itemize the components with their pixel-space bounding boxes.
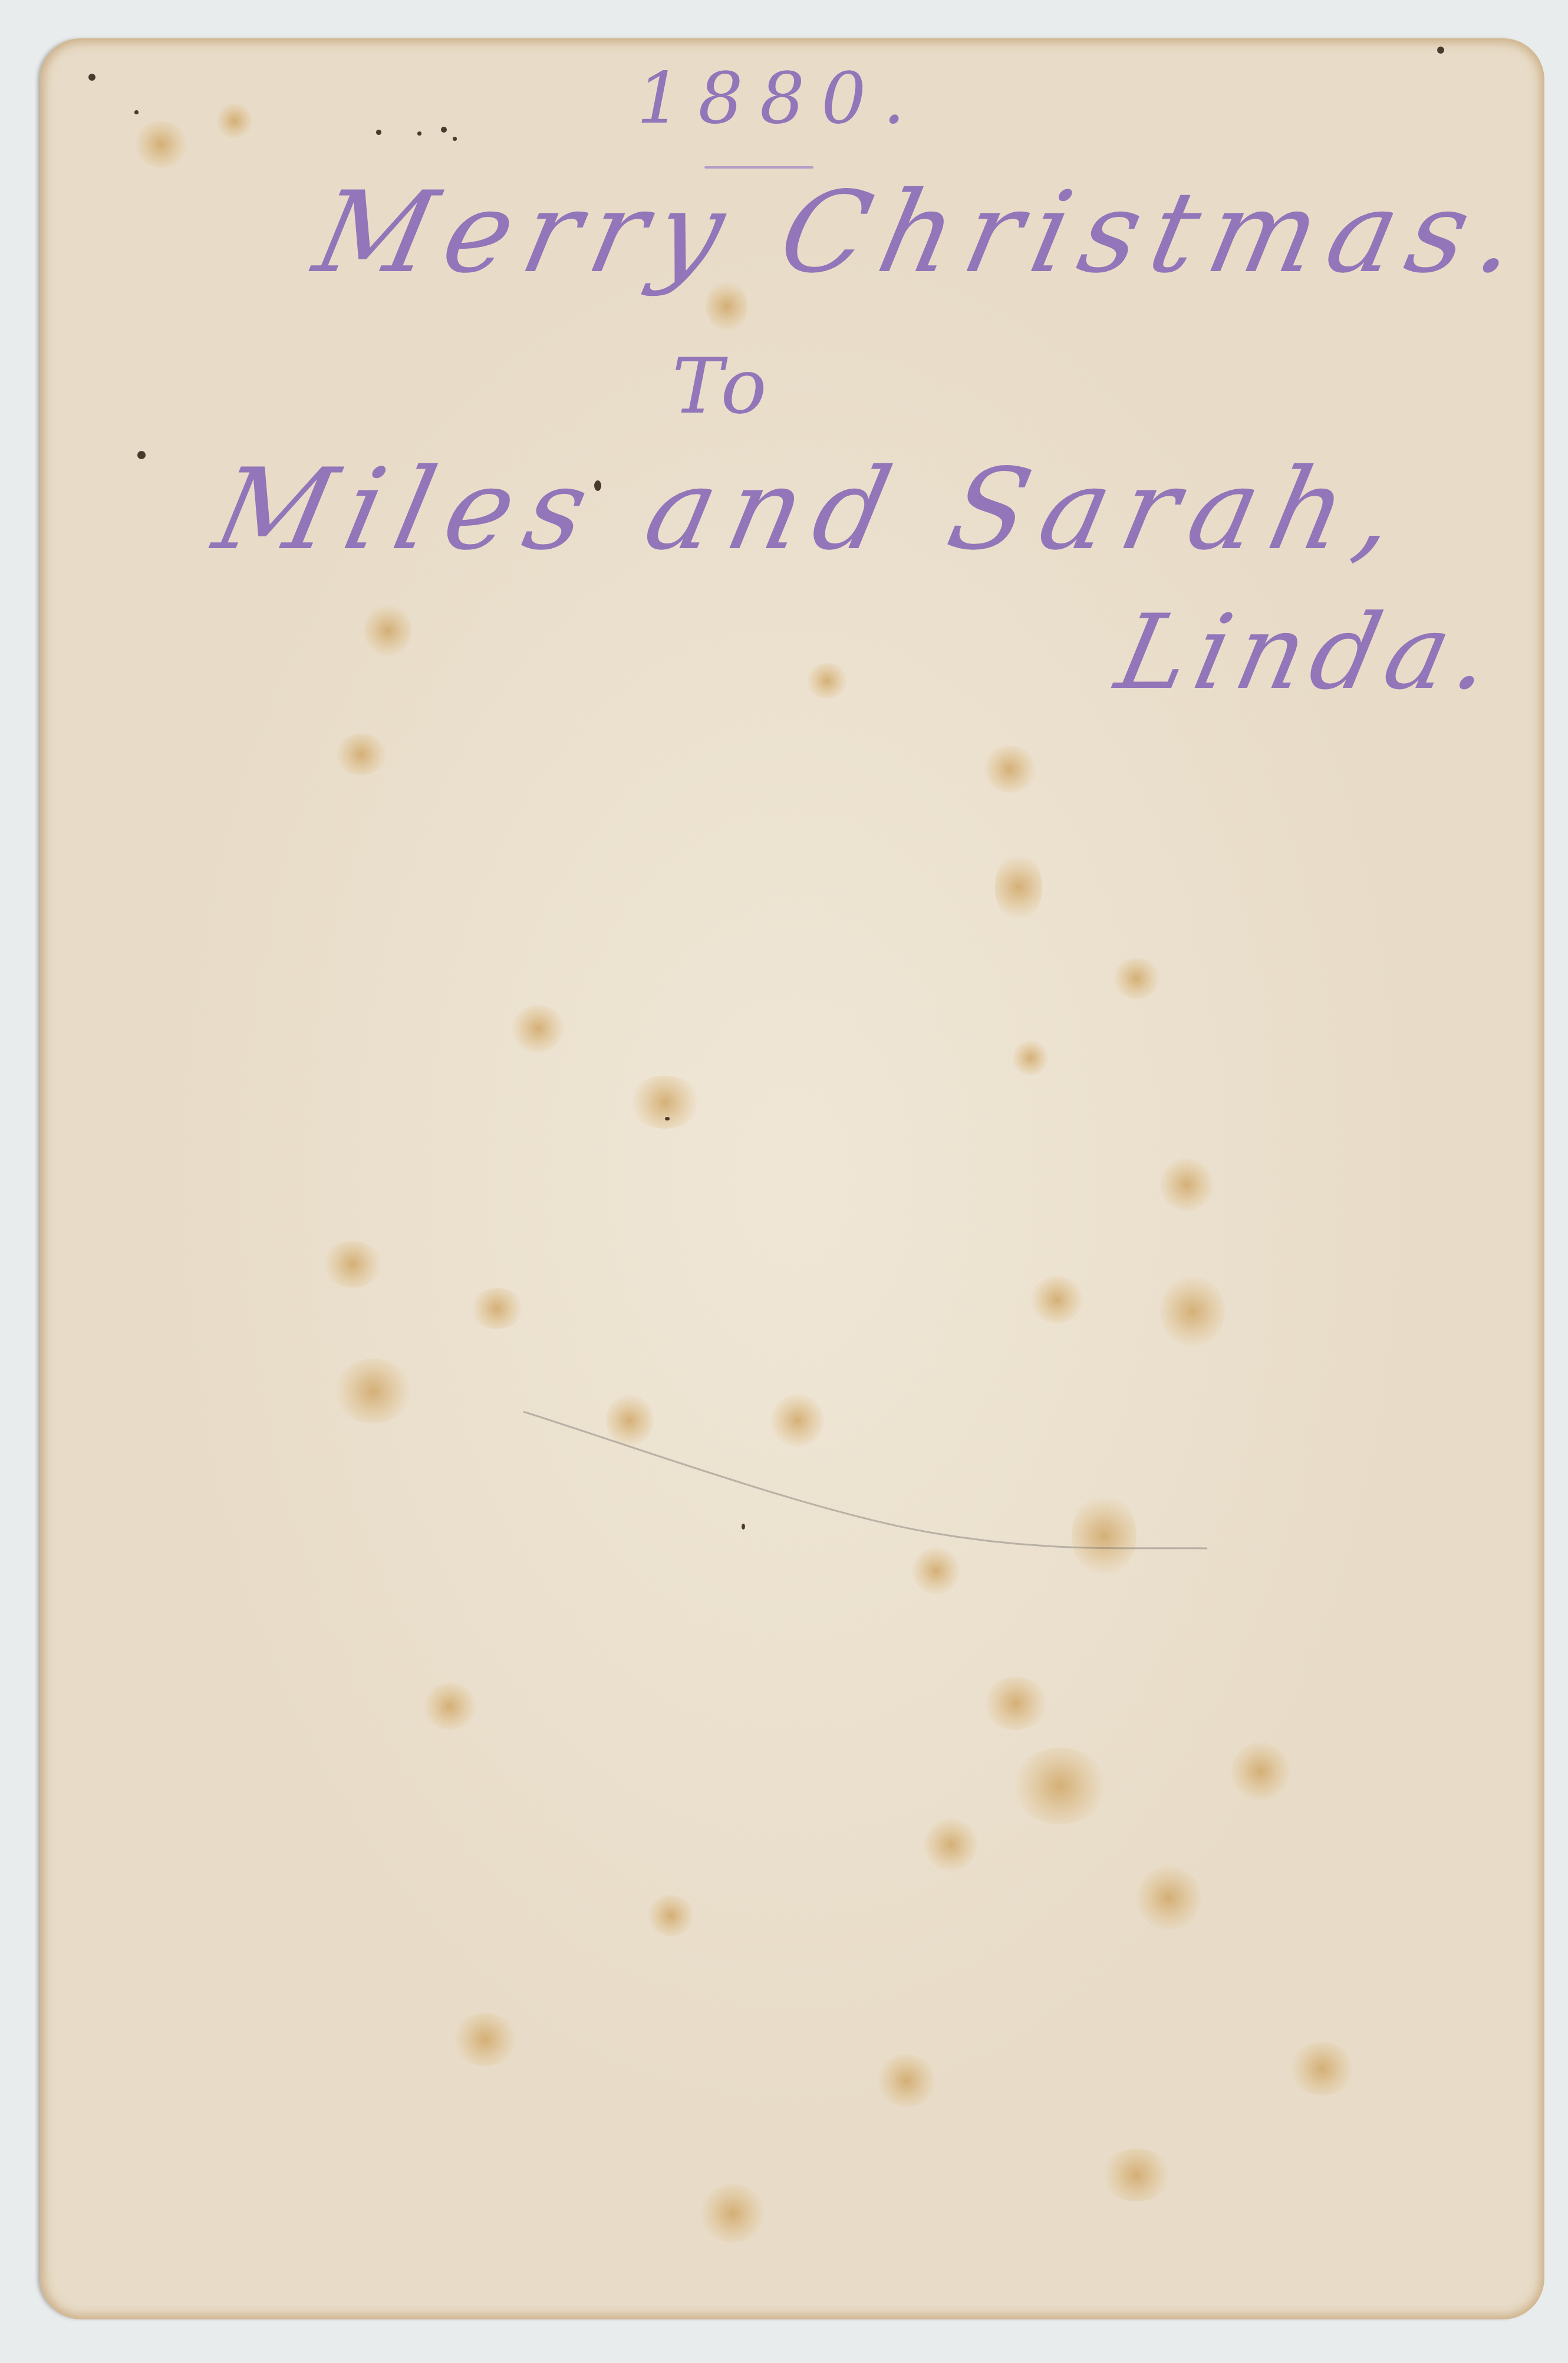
foxing-spot xyxy=(323,1241,382,1288)
foxing-spot xyxy=(1113,958,1160,999)
foxing-spot xyxy=(1160,1158,1213,1211)
handwritten-year: 1880. xyxy=(637,64,922,134)
foxing-spot xyxy=(877,2054,936,2107)
ink-speck xyxy=(137,451,146,459)
foxing-spot xyxy=(423,1683,476,1730)
foxing-spot xyxy=(700,2184,765,2243)
foxing-spot xyxy=(630,1076,700,1129)
handwritten-to: To xyxy=(672,348,770,424)
ink-speck xyxy=(441,127,447,133)
foxing-spot xyxy=(1030,1276,1083,1323)
ink-speck xyxy=(742,1524,745,1530)
foxing-spot xyxy=(1137,1866,1201,1930)
foxing-spot xyxy=(134,121,187,168)
foxing-spot xyxy=(983,746,1036,793)
foxing-spot xyxy=(1013,1040,1048,1076)
foxing-spot xyxy=(335,1359,411,1423)
foxing-spot xyxy=(924,1818,977,1871)
ink-speck xyxy=(665,1117,670,1120)
ink-speck xyxy=(453,137,457,141)
foxing-spot xyxy=(1013,1748,1107,1824)
foxing-spot xyxy=(995,852,1042,922)
foxing-spot xyxy=(1101,2148,1172,2201)
foxing-spot xyxy=(1160,1276,1225,1347)
foxing-spot xyxy=(512,1005,565,1052)
foxing-spot xyxy=(453,2013,518,2066)
handwritten-greeting: Merry Christmas. xyxy=(307,177,1540,289)
foxing-spot xyxy=(913,1547,960,1594)
ink-speck xyxy=(1437,47,1444,54)
card-back xyxy=(40,38,1544,2319)
foxing-spot xyxy=(364,604,411,657)
foxing-spot xyxy=(1072,1494,1137,1577)
pencil-mark xyxy=(518,1394,1213,1559)
handwritten-signature: Linda. xyxy=(1109,601,1508,704)
foxing-spot xyxy=(217,103,252,139)
ink-speck xyxy=(134,110,139,114)
foxing-spot xyxy=(771,1394,824,1447)
ink-speck xyxy=(88,74,95,81)
handwritten-recipients: Miles and Sarah, xyxy=(206,454,1420,566)
foxing-spot xyxy=(1231,1742,1290,1801)
foxing-spot xyxy=(470,1288,523,1329)
foxing-spot xyxy=(647,1895,694,1936)
foxing-spot xyxy=(335,734,388,775)
ink-speck xyxy=(417,131,421,136)
foxing-spot xyxy=(1290,2042,1355,2095)
foxing-spot xyxy=(983,1677,1048,1730)
foxing-spot xyxy=(806,663,848,698)
ink-speck xyxy=(376,130,381,135)
foxing-spot xyxy=(606,1394,653,1447)
